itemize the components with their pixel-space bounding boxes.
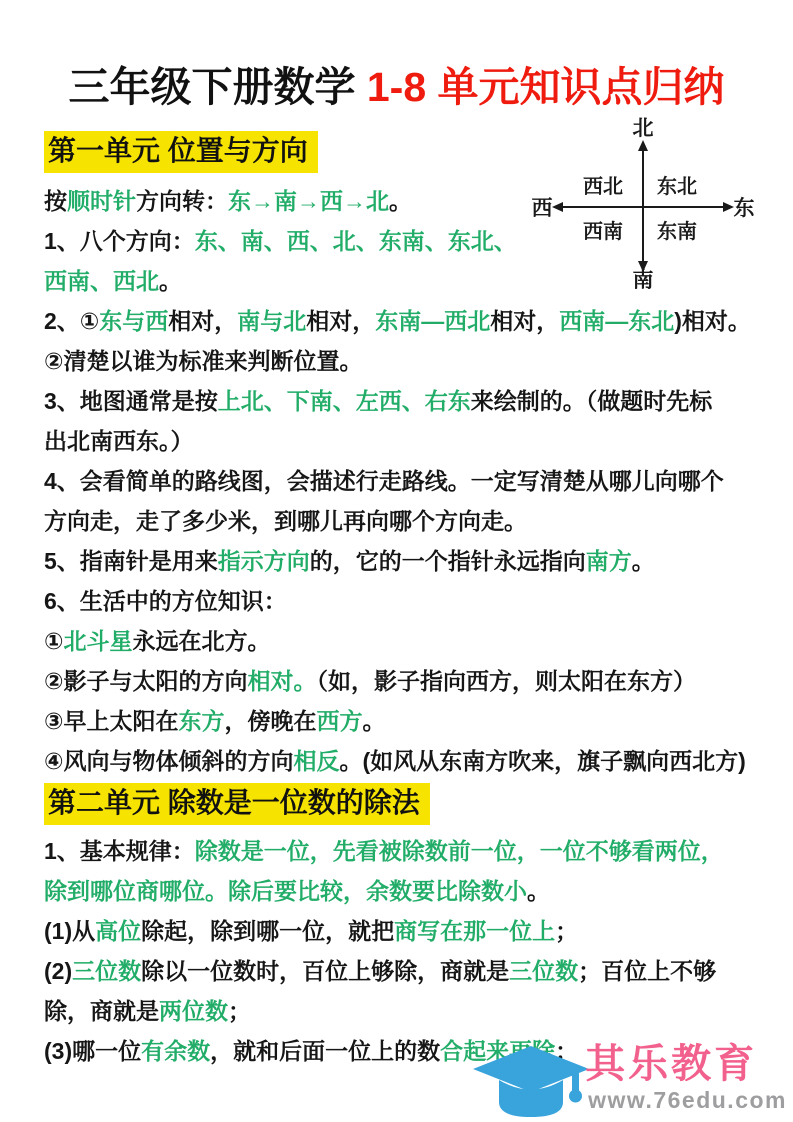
body-text: 出北南西东。）: [44, 428, 194, 454]
watermark-text: 其乐教育 www.76edu.com: [585, 1043, 787, 1122]
keyword-green-text: 东与西: [99, 308, 168, 334]
keyword-green-text: 有余数: [141, 1038, 210, 1064]
text-line: ②清楚以谁为标准来判断位置。: [44, 341, 753, 381]
keyword-green-text: 高位: [95, 918, 141, 944]
title-black: 三年级下册数学: [68, 64, 366, 110]
body-text: (1)从: [44, 918, 95, 944]
body-text: 除，商就是: [44, 998, 159, 1024]
keyword-green-text: 南方: [586, 548, 632, 574]
west-arrowhead: [552, 202, 563, 212]
keyword-green-text: 西南、西北: [44, 268, 159, 294]
text-line: (2)三位数除以一位数时，百位上够除，商就是三位数；百位上不够: [44, 951, 753, 991]
text-line: 4、会看简单的路线图，会描述行走路线。一定写清楚从哪儿向哪个: [44, 461, 753, 501]
body-text: ③早上太阳在: [44, 708, 178, 734]
body-text: 相对，: [168, 308, 237, 334]
compass-label-south: 南: [633, 268, 654, 289]
body-text: ；: [228, 998, 251, 1024]
body-text: 方向转：: [136, 188, 228, 214]
text-line: 2、①东与西相对，南与北相对，东南—西北相对，西南—东北)相对。: [44, 301, 753, 341]
body-text: 相对，: [306, 308, 375, 334]
body-text: （如，影子指向西方，则太阳在东方）: [316, 668, 696, 694]
body-text: 除起，除到哪一位，就把: [141, 918, 394, 944]
keyword-green-text: 顺时针: [67, 188, 136, 214]
watermark-brand: 其乐教育: [585, 1043, 787, 1085]
body-text: 除以一位数时，百位上够除，商就是: [141, 958, 509, 984]
body-text: 3、地图通常是按: [44, 388, 218, 414]
page-title: 三年级下册数学 1-8 单元知识点归纳: [0, 54, 793, 113]
body-text: 方向走，走了多少米，到哪儿再向哪个方向走。: [44, 508, 527, 534]
body-text: ④风向与物体倾斜的方向: [44, 748, 293, 774]
keyword-green-text: 西南—东北: [559, 308, 674, 334]
body-text: )相对。: [674, 308, 751, 334]
body-text: 6、生活中的方位知识：: [44, 588, 287, 614]
body-text: 永远在北方。: [132, 628, 270, 654]
body-text: ；百位上不够: [578, 958, 716, 984]
keyword-green-text: 两位数: [159, 998, 228, 1024]
section-header-unit1: 第一单元 位置与方向: [44, 131, 318, 173]
body-text: ②清楚以谁为标准来判断位置。: [44, 348, 362, 374]
keyword-green-text: 东南—西北: [375, 308, 490, 334]
body-text: 4、会看简单的路线图，会描述行走路线。一定写清楚从哪儿向哪个: [44, 468, 724, 494]
keyword-green-text: 南与北: [237, 308, 306, 334]
body-text: (3)哪一位: [44, 1038, 141, 1064]
east-arrowhead: [723, 202, 734, 212]
body-text: 。: [362, 708, 385, 734]
keyword-green-text: 三位数: [509, 958, 578, 984]
body-text: 。(如风从东南方吹来，旗子飘向西北方): [339, 748, 745, 774]
body-text: 2、①: [44, 308, 99, 334]
text-line: 3、地图通常是按上北、下南、左西、右东来绘制的。（做题时先标: [44, 381, 753, 421]
body-text: (2): [44, 958, 72, 984]
text-line: 1、基本规律：除数是一位，先看被除数前一位，一位不够看两位，: [44, 831, 753, 871]
body-text: ；: [555, 918, 578, 944]
title-red: 1-8 单元知识点归纳: [367, 64, 725, 110]
body-text: 的，它的一个指针永远指向: [310, 548, 586, 574]
text-line: 5、指南针是用来指示方向的，它的一个指针永远指向南方。: [44, 541, 753, 581]
north-arrowhead: [638, 140, 648, 151]
section-header-unit2: 第二单元 除数是一位数的除法: [44, 783, 430, 825]
compass-label-southwest: 西南: [583, 220, 623, 243]
text-line: 方向走，走了多少米，到哪儿再向哪个方向走。: [44, 501, 753, 541]
body-text: ，傍晚在: [224, 708, 316, 734]
body-text: 1、基本规律：: [44, 838, 195, 864]
compass-label-east: 东: [734, 196, 755, 220]
body-text: ，就和后面一位上的数: [210, 1038, 440, 1064]
body-text: 。: [632, 548, 655, 574]
section-unit2-lines: 1、基本规律：除数是一位，先看被除数前一位，一位不够看两位，除到哪位商哪位。除后…: [44, 831, 753, 1071]
compass-label-northeast: 东北: [657, 174, 697, 198]
body-text: ②影子与太阳的方向: [44, 668, 247, 694]
compass-diagram: 北 南 西 东 西北 东北 西南 东南: [529, 117, 757, 289]
text-line: 出北南西东。）: [44, 421, 753, 461]
text-line: 除，商就是两位数；: [44, 991, 753, 1031]
text-line: 除到哪位商哪位。除后要比较，余数要比除数小。: [44, 871, 753, 911]
compass-label-west: 西: [532, 197, 553, 220]
body-text: 相对，: [490, 308, 559, 334]
keyword-green-text: 西方: [316, 708, 362, 734]
body-text: 。: [159, 268, 182, 294]
section-unit2: 第二单元 除数是一位数的除法 1、基本规律：除数是一位，先看被除数前一位，一位不…: [44, 781, 753, 1071]
compass-label-southeast: 东南: [657, 219, 697, 243]
keyword-green-text: 东→南→西→北: [228, 188, 389, 214]
body-text: 5、指南针是用来: [44, 548, 218, 574]
keyword-green-text: 相对。: [247, 668, 316, 694]
watermark-url: www.76edu.com: [588, 1087, 787, 1114]
text-line: ③早上太阳在东方，傍晚在西方。: [44, 701, 753, 741]
text-line: (1)从高位除起，除到哪一位，就把商写在那一位上；: [44, 911, 753, 951]
keyword-green-text: 上北、下南、左西、右东: [218, 388, 471, 414]
watermark: 其乐教育 www.76edu.com: [469, 1043, 787, 1122]
keyword-green-text: 东、南、西、北、东南、东北、: [195, 228, 517, 254]
keyword-green-text: 相反: [293, 748, 339, 774]
keyword-green-text: 除到哪位商哪位。除后要比较，余数要比除数小: [44, 878, 527, 904]
graduation-cap-icon: [469, 1044, 595, 1122]
compass-label-north: 北: [633, 117, 654, 140]
document-body: 北 南 西 东 西北 东北 西南 东南 第一单元 位置与方向 按顺时针方向转：东…: [44, 131, 753, 1071]
body-text: ①: [44, 628, 63, 654]
keyword-green-text: 三位数: [72, 958, 141, 984]
compass-label-northwest: 西北: [583, 175, 623, 198]
text-line: ②影子与太阳的方向相对。（如，影子指向西方，则太阳在东方）: [44, 661, 753, 701]
body-text: 按: [44, 188, 67, 214]
text-line: ④风向与物体倾斜的方向相反。(如风从东南方吹来，旗子飘向西北方): [44, 741, 753, 781]
text-line: ①北斗星永远在北方。: [44, 621, 753, 661]
body-text: 。: [527, 878, 550, 904]
body-text: 来绘制的。（做题时先标: [471, 388, 713, 414]
body-text: 。: [389, 188, 412, 214]
body-text: 1、八个方向：: [44, 228, 195, 254]
keyword-green-text: 指示方向: [218, 548, 310, 574]
keyword-green-text: 除数是一位，先看被除数前一位，一位不够看两位，: [195, 838, 724, 864]
keyword-green-text: 商写在那一位上: [394, 918, 555, 944]
text-line: 6、生活中的方位知识：: [44, 581, 753, 621]
keyword-green-text: 北斗星: [63, 628, 132, 654]
keyword-green-text: 东方: [178, 708, 224, 734]
